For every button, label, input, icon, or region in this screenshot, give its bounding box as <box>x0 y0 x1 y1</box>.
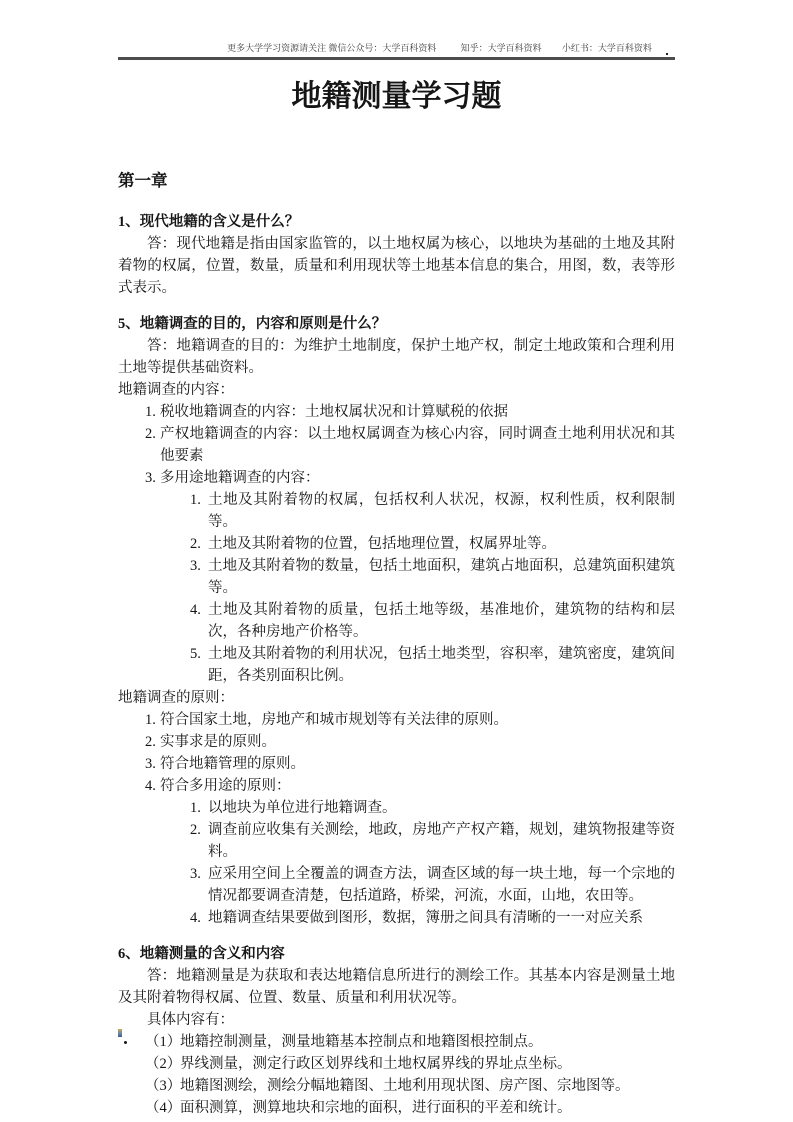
content-item-1-number: 1. <box>145 401 156 423</box>
survey-content-label: 地籍调查的内容： <box>118 379 675 401</box>
multi-use-item-2: 2. 土地及其附着物的位置，包括地理位置，权属界址等。 <box>118 533 675 555</box>
content-item-1: 1. 税收地籍调查的内容：土地权属状况和计算赋税的依据 <box>118 401 675 423</box>
content-item-2: 2. 产权地籍调查的内容：以土地权属调查为核心内容，同时调查土地利用状况和其他要… <box>118 423 675 467</box>
header-notice-xiaohongshu: 小红书：大学百科资料 <box>562 42 652 54</box>
question-6-heading: 6、地籍测量的含义和内容 <box>118 943 675 965</box>
multi-use-item-3: 3. 土地及其附着物的数量，包括土地面积，建筑占地面积，总建筑面积建筑等。 <box>118 555 675 599</box>
multi-use-principle-4-number: 4. <box>190 907 201 929</box>
multi-use-item-2-text: 土地及其附着物的位置，包括地理位置，权属界址等。 <box>208 536 556 552</box>
multi-use-principle-2-number: 2. <box>190 819 201 841</box>
multi-use-principle-2: 2. 调查前应收集有关测绘，地政，房地产产权产籍，规划，建筑物报建等资料。 <box>118 819 675 863</box>
detail-item-2-number: （2） <box>145 1053 181 1075</box>
principle-item-4: 4. 符合多用途的原则： <box>118 775 675 797</box>
multi-use-item-5: 5. 土地及其附着物的利用状况，包括土地类型，容积率，建筑密度，建筑间距，各类别… <box>118 643 675 687</box>
header-notice-zhihu: 知乎：大学百科资料 <box>461 42 542 54</box>
content-item-2-number: 2. <box>145 423 156 445</box>
principle-item-2: 2. 实事求是的原则。 <box>118 731 675 753</box>
page-bottom-dot <box>124 1041 127 1044</box>
detail-item-1-text: 地籍控制测量，测量地籍基本控制点和地籍图根控制点。 <box>180 1034 543 1050</box>
question-1-answer: 答：现代地籍是指由国家监管的，以土地权属为核心，以地块为基础的土地及其附着物的权… <box>118 233 675 299</box>
detail-item-2: （2） 界线测量，测定行政区划界线和土地权属界线的界址点坐标。 <box>118 1053 675 1075</box>
question-6-answer: 答：地籍测量是为获取和表达地籍信息所进行的测绘工作。其基本内容是测量土地及其附着… <box>118 965 675 1009</box>
detail-item-4: （4） 面积测算，测算地块和宗地的面积，进行面积的平差和统计。 <box>118 1097 675 1119</box>
question-5-heading: 5、地籍调查的目的，内容和原则是什么？ <box>118 313 675 335</box>
multi-use-item-4-text: 土地及其附着物的质量，包括土地等级，基准地价，建筑物的结构和层次，各种房地产价格… <box>208 602 675 640</box>
multi-use-principle-1-text: 以地块为单位进行地籍调查。 <box>208 800 397 816</box>
header-rule <box>118 57 675 60</box>
principle-item-4-number: 4. <box>145 775 156 797</box>
detail-item-1-number: （1） <box>145 1031 181 1053</box>
page-bottom-speck <box>118 1029 122 1037</box>
document-page: 更多大学学习资源请关注 微信公众号：大学百科资料 知乎：大学百科资料 小红书：大… <box>0 0 793 1122</box>
question-1-heading: 1、现代地籍的含义是什么？ <box>118 211 675 233</box>
multi-use-principle-4: 4. 地籍调查结果要做到图形，数据，簿册之间具有清晰的一一对应关系 <box>118 907 675 929</box>
detail-item-3-number: （3） <box>145 1075 181 1097</box>
multi-use-principle-4-text: 地籍调查结果要做到图形，数据，簿册之间具有清晰的一一对应关系 <box>208 910 643 926</box>
multi-use-principle-3-number: 3. <box>190 863 201 885</box>
multi-use-item-3-number: 3. <box>190 555 201 577</box>
multi-use-principle-3-text: 应采用空间上全覆盖的调查方法，调查区域的每一块土地，每一个宗地的情况都要调查清楚… <box>208 866 675 904</box>
detail-item-3-text: 地籍图测绘，测绘分幅地籍图、土地利用现状图、房产图、宗地图等。 <box>180 1078 630 1094</box>
principle-item-1: 1. 符合国家土地，房地产和城市规划等有关法律的原则。 <box>118 709 675 731</box>
header-rule-dot <box>666 53 668 55</box>
multi-use-item-1-number: 1. <box>190 489 201 511</box>
principle-item-4-text: 符合多用途的原则： <box>160 778 291 794</box>
detail-item-3: （3） 地籍图测绘，测绘分幅地籍图、土地利用现状图、房产图、宗地图等。 <box>118 1075 675 1097</box>
multi-use-item-4: 4. 土地及其附着物的质量，包括土地等级，基准地价，建筑物的结构和层次，各种房地… <box>118 599 675 643</box>
detail-item-4-text: 面积测算，测算地块和宗地的面积，进行面积的平差和统计。 <box>180 1100 572 1116</box>
principle-item-1-text: 符合国家土地，房地产和城市规划等有关法律的原则。 <box>160 712 508 728</box>
page-title: 地籍测量学习题 <box>118 79 675 115</box>
chapter-heading: 第一章 <box>118 170 675 191</box>
multi-use-item-2-number: 2. <box>190 533 201 555</box>
principle-item-1-number: 1. <box>145 709 156 731</box>
detail-item-4-number: （4） <box>145 1097 181 1119</box>
multi-use-principle-1-number: 1. <box>190 797 201 819</box>
principle-item-2-number: 2. <box>145 731 156 753</box>
content-item-3: 3. 多用途地籍调查的内容： <box>118 467 675 489</box>
multi-use-principle-3: 3. 应采用空间上全覆盖的调查方法，调查区域的每一块土地，每一个宗地的情况都要调… <box>118 863 675 907</box>
question-5-answer: 答：地籍调查的目的：为维护土地制度，保护土地产权，制定土地政策和合理利用土地等提… <box>118 335 675 379</box>
multi-use-principle-2-text: 调查前应收集有关测绘，地政，房地产产权产籍，规划，建筑物报建等资料。 <box>208 822 675 860</box>
multi-use-principle-1: 1. 以地块为单位进行地籍调查。 <box>118 797 675 819</box>
multi-use-item-5-text: 土地及其附着物的利用状况，包括土地类型，容积率，建筑密度，建筑间距，各类别面积比… <box>208 646 675 684</box>
content-item-1-text: 税收地籍调查的内容：土地权属状况和计算赋税的依据 <box>160 404 508 420</box>
multi-use-item-1-text: 土地及其附着物的权属，包括权利人状况，权源，权利性质，权利限制等。 <box>208 492 675 530</box>
multi-use-item-5-number: 5. <box>190 643 201 665</box>
detail-item-1: （1） 地籍控制测量，测量地籍基本控制点和地籍图根控制点。 <box>118 1031 675 1053</box>
principle-item-3-number: 3. <box>145 753 156 775</box>
detail-item-2-text: 界线测量，测定行政区划界线和土地权属界线的界址点坐标。 <box>180 1056 572 1072</box>
content-item-3-text: 多用途地籍调查的内容： <box>160 470 320 486</box>
multi-use-item-4-number: 4. <box>190 599 201 621</box>
principle-item-3: 3. 符合地籍管理的原则。 <box>118 753 675 775</box>
header-notice: 更多大学学习资源请关注 微信公众号：大学百科资料 知乎：大学百科资料 小红书：大… <box>118 42 675 54</box>
principle-item-3-text: 符合地籍管理的原则。 <box>160 756 305 772</box>
content-item-2-text: 产权地籍调查的内容：以土地权属调查为核心内容，同时调查土地利用状况和其他要素 <box>160 426 675 464</box>
content-item-3-number: 3. <box>145 467 156 489</box>
detail-label: 具体内容有： <box>118 1009 675 1031</box>
principle-item-2-text: 实事求是的原则。 <box>160 734 276 750</box>
multi-use-item-1: 1. 土地及其附着物的权属，包括权利人状况，权源，权利性质，权利限制等。 <box>118 489 675 533</box>
header-notice-wechat: 更多大学学习资源请关注 微信公众号：大学百科资料 <box>227 42 436 54</box>
survey-principle-label: 地籍调查的原则： <box>118 687 675 709</box>
multi-use-item-3-text: 土地及其附着物的数量，包括土地面积，建筑占地面积，总建筑面积建筑等。 <box>208 558 675 596</box>
